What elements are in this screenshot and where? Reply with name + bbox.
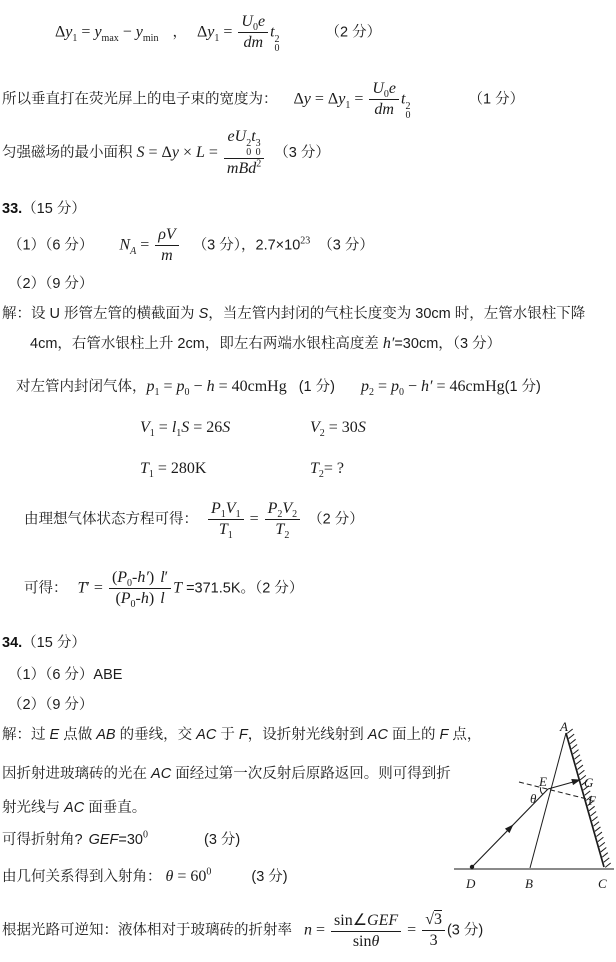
diagram-label-A: A [559, 719, 568, 734]
document-page: Δy1 = ymax − ymin，Δy1 = U0edmt20（2 分） 所以… [0, 0, 616, 962]
diagram-label-E: E [538, 774, 547, 789]
line-gas-equation: 由理想气体状态方程可得：P1V1T1 = P2V2T2（2 分） [24, 497, 364, 541]
line-q34-solution-2: 因折射进玻璃砖的光在 AC 面经过第一次反射后原路返回。则可得到折 [2, 761, 451, 783]
formula-deltay1-text: Δy1 = ymax − ymin，Δy1 = U0edmt20（2 分） [55, 13, 381, 53]
formula-v1: V1 = l1S = 26S [140, 416, 230, 440]
heading-q34: 34.（15 分） [2, 630, 86, 652]
line-q34-solution-1-text: 解：过 E 点做 AB 的垂线，交 AC 于 F，设折射光线射到 AC 面上的 … [2, 723, 481, 744]
line-min-area: 匀强磁场的最小面积 S = Δy × L = eU20t30mBd2（3 分） [2, 131, 330, 175]
formula-t2: T2= ? [310, 457, 344, 481]
line-q34-solution-3: 射光线与 AC 面垂直。 [2, 795, 146, 817]
line-temperature-result: 可得：T′ = (P0-h′)l′(P0-h)lT =371.5K。（2 分） [24, 564, 303, 612]
line-solution-1-text: 解：设 U 形管左管的横截面为 S，当左管内封闭的气柱长度变为 30cm 时，左… [2, 302, 585, 323]
diagram-point-D [470, 865, 474, 869]
line-refraction-angle: 可得折射角?GEF=300(3 分) [2, 826, 240, 850]
line-q33-part2: （2）（9 分） [8, 271, 93, 293]
formula-v2-text: V2 = 30S [310, 419, 366, 437]
line-refraction-angle-text: 可得折射角?GEF=300(3 分) [2, 828, 240, 849]
formula-t2-text: T2= ? [310, 460, 344, 478]
line-solution-1: 解：设 U 形管左管的横截面为 S，当左管内封闭的气柱长度变为 30cm 时，左… [2, 301, 585, 323]
line-q34-solution-3-text: 射光线与 AC 面垂直。 [2, 796, 146, 817]
formula-t1-text: T1 = 280K [140, 460, 206, 478]
line-q34-solution-1: 解：过 E 点做 AB 的垂线，交 AC 于 F，设折射光线射到 AC 面上的 … [2, 722, 481, 744]
line-q33-part1-text: （1）（6 分）NA = ρVm（3 分），2.7×1023（3 分） [8, 226, 374, 265]
line-q34-part1: （1）（6 分）ABE [8, 662, 122, 684]
formula-t1: T1 = 280K [140, 457, 206, 481]
line-q34-part2-text: （2）（9 分） [8, 693, 93, 714]
diagram-label-G: G [584, 775, 594, 790]
line-solution-2-text: 4cm，右管水银柱上升 2cm，即左右两端水银柱高度差 h′=30cm，（3 分… [30, 332, 501, 353]
diagram-side-AC [566, 733, 604, 867]
line-min-area-text: 匀强磁场的最小面积 S = Δy × L = eU20t30mBd2（3 分） [2, 128, 330, 178]
line-refractive-index: 根据光路可逆知：液体相对于玻璃砖的折射率n = sin∠GEFsinθ = √3… [2, 906, 483, 954]
formula-v2: V2 = 30S [310, 416, 366, 440]
diagram-label-D: D [465, 876, 476, 891]
line-q33-part1: （1）（6 分）NA = ρVm（3 分），2.7×1023（3 分） [8, 223, 374, 267]
line-q34-part1-text: （1）（6 分）ABE [8, 663, 122, 684]
line-q34-solution-2-text: 因折射进玻璃砖的光在 AC 面经过第一次反射后原路返回。则可得到折 [2, 762, 451, 783]
line-beam-width-text: 所以垂直打在荧光屏上的电子束的宽度为：Δy = Δy1 = U0edmt20（1… [2, 80, 524, 120]
diagram-label-C: C [598, 876, 607, 891]
line-incidence-angle: 由几何关系得到入射角：θ = 600(3 分) [2, 863, 288, 887]
line-q34-part2: （2）（9 分） [8, 692, 93, 714]
line-pressures: 对左管内封闭气体，p1 = p0 − h = 40cmHg(1 分)p2 = p… [16, 373, 541, 397]
line-incidence-angle-text: 由几何关系得到入射角：θ = 600(3 分) [2, 865, 288, 886]
formula-deltay1: Δy1 = ymax − ymin，Δy1 = U0edmt20（2 分） [55, 11, 381, 55]
diagram-label-B: B [525, 876, 533, 891]
optics-diagram: ABCDEθGF [452, 698, 616, 894]
line-q33-part2-text: （2）（9 分） [8, 272, 93, 293]
heading-q33-text: 33.（15 分） [2, 197, 86, 218]
line-pressures-text: 对左管内封闭气体，p1 = p0 − h = 40cmHg(1 分)p2 = p… [16, 375, 541, 396]
line-beam-width: 所以垂直打在荧光屏上的电子束的宽度为：Δy = Δy1 = U0edmt20（1… [2, 78, 524, 122]
heading-q33: 33.（15 分） [2, 196, 86, 218]
heading-q34-text: 34.（15 分） [2, 631, 86, 652]
line-gas-equation-text: 由理想气体状态方程可得：P1V1T1 = P2V2T2（2 分） [24, 500, 364, 539]
diagram-label-θ: θ [530, 791, 537, 806]
line-temperature-result-text: 可得：T′ = (P0-h′)l′(P0-h)lT =371.5K。（2 分） [24, 569, 303, 608]
line-solution-2: 4cm，右管水银柱上升 2cm，即左右两端水银柱高度差 h′=30cm，（3 分… [30, 331, 501, 353]
formula-v1-text: V1 = l1S = 26S [140, 419, 230, 437]
diagram-label-F: F [587, 793, 597, 808]
line-refractive-index-text: 根据光路可逆知：液体相对于玻璃砖的折射率n = sin∠GEFsinθ = √3… [2, 910, 483, 951]
